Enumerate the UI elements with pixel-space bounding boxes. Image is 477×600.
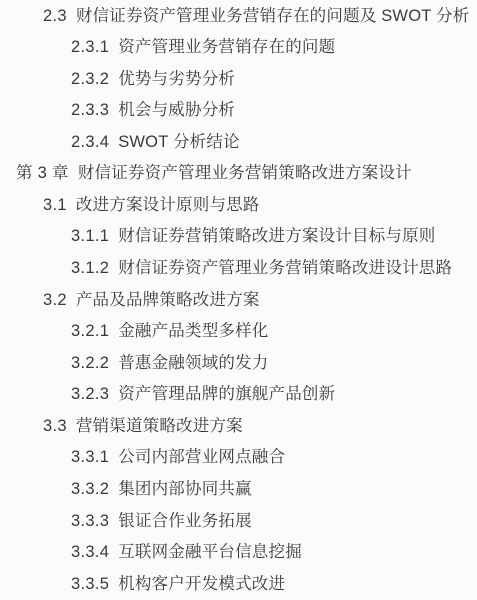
- toc-entry-title: 机会与威胁分析: [118, 102, 235, 119]
- toc-entry-3-3-2: 3.3.2 集团内部协同共赢: [0, 473, 477, 505]
- toc-entry-title: 集团内部协同共赢: [118, 481, 252, 498]
- toc-entry-chapter-3: 第 3 章 财信证券资产管理业务营销策略改进方案设计: [0, 158, 477, 190]
- toc-entry-3-1-1: 3.1.1 财信证券营销策略改进方案设计目标与原则: [0, 221, 477, 253]
- toc-entry-2-3-3: 2.3.3 机会与威胁分析: [0, 95, 477, 127]
- toc-entry-3-2-2: 3.2.2 普惠金融领域的发力: [0, 347, 477, 379]
- toc-entry-number: 3.1.1: [71, 228, 109, 245]
- toc-entry-title: 产品及品牌策略改进方案: [76, 292, 260, 309]
- toc-entry-title: 财信证券营销策略改进方案设计目标与原则: [118, 228, 435, 245]
- toc-entry-number: 2.3.3: [71, 102, 109, 119]
- toc-entry-3-3-5: 3.3.5 机构客户开发模式改进: [0, 568, 477, 600]
- document-page: 2.3 财信证券资产管理业务营销存在的问题及 SWOT 分析 2.3.1 资产管…: [0, 0, 477, 600]
- toc-entry-title: 财信证券资产管理业务营销策略改进方案设计: [78, 165, 412, 182]
- toc-entry-number: 3.2: [43, 292, 67, 309]
- toc-entry-title: 互联网金融平台信息挖掘: [118, 544, 302, 561]
- toc-entry-title: 改进方案设计原则与思路: [76, 197, 260, 214]
- toc-entry-3-2-3: 3.2.3 资产管理品牌的旗舰产品创新: [0, 379, 477, 411]
- toc-entry-title: 公司内部营业网点融合: [118, 449, 285, 466]
- toc-entry-3-3: 3.3 营销渠道策略改进方案: [0, 410, 477, 442]
- table-of-contents: 2.3 财信证券资产管理业务营销存在的问题及 SWOT 分析 2.3.1 资产管…: [0, 0, 477, 600]
- toc-entry-title: 财信证券资产管理业务营销策略改进设计思路: [118, 260, 452, 277]
- toc-entry-2-3-1: 2.3.1 资产管理业务营销存在的问题: [0, 32, 477, 64]
- toc-entry-number: 3.1: [43, 197, 67, 214]
- toc-entry-title: 金融产品类型多样化: [118, 323, 268, 340]
- toc-entry-3-3-1: 3.3.1 公司内部营业网点融合: [0, 442, 477, 474]
- toc-entry-number: 3.2.2: [71, 355, 109, 372]
- toc-entry-2-3: 2.3 财信证券资产管理业务营销存在的问题及 SWOT 分析: [0, 0, 477, 32]
- toc-entry-number: 3.2.3: [71, 386, 109, 403]
- toc-entry-3-3-4: 3.3.4 互联网金融平台信息挖掘: [0, 537, 477, 569]
- toc-entry-title: 财信证券资产管理业务营销存在的问题及 SWOT 分析: [76, 8, 470, 25]
- toc-entry-number: 3.3.3: [71, 513, 109, 530]
- toc-entry-title: 营销渠道策略改进方案: [76, 418, 243, 435]
- toc-entry-number: 3.3: [43, 418, 67, 435]
- toc-entry-3-3-3: 3.3.3 银证合作业务拓展: [0, 505, 477, 537]
- toc-entry-number: 3.3.4: [71, 544, 109, 561]
- toc-entry-title: 机构客户开发模式改进: [118, 576, 285, 593]
- toc-entry-number: 2.3: [43, 8, 67, 25]
- toc-entry-title: 资产管理业务营销存在的问题: [118, 39, 335, 56]
- toc-entry-number: 3.3.2: [71, 481, 109, 498]
- toc-entry-number: 2.3.1: [71, 39, 109, 56]
- toc-entry-number: 3.2.1: [71, 323, 109, 340]
- toc-entry-title: SWOT 分析结论: [118, 134, 240, 151]
- toc-entry-3-2-1: 3.2.1 金融产品类型多样化: [0, 316, 477, 348]
- toc-entry-number: 3.3.5: [71, 576, 109, 593]
- toc-entry-2-3-4: 2.3.4 SWOT 分析结论: [0, 126, 477, 158]
- toc-entry-number: 3.1.2: [71, 260, 109, 277]
- toc-entry-number: 3.3.1: [71, 449, 109, 466]
- toc-entry-3-1-2: 3.1.2 财信证券资产管理业务营销策略改进设计思路: [0, 253, 477, 285]
- toc-entry-title: 普惠金融领域的发力: [118, 355, 268, 372]
- toc-entry-3-1: 3.1 改进方案设计原则与思路: [0, 189, 477, 221]
- toc-entry-number: 2.3.2: [71, 71, 109, 88]
- toc-entry-title: 银证合作业务拓展: [118, 513, 252, 530]
- toc-entry-3-2: 3.2 产品及品牌策略改进方案: [0, 284, 477, 316]
- toc-entry-title: 资产管理品牌的旗舰产品创新: [118, 386, 335, 403]
- toc-entry-2-3-2: 2.3.2 优势与劣势分析: [0, 63, 477, 95]
- toc-entry-number: 2.3.4: [71, 134, 109, 151]
- toc-entry-number: 第 3 章: [16, 165, 69, 182]
- toc-entry-title: 优势与劣势分析: [118, 71, 235, 88]
